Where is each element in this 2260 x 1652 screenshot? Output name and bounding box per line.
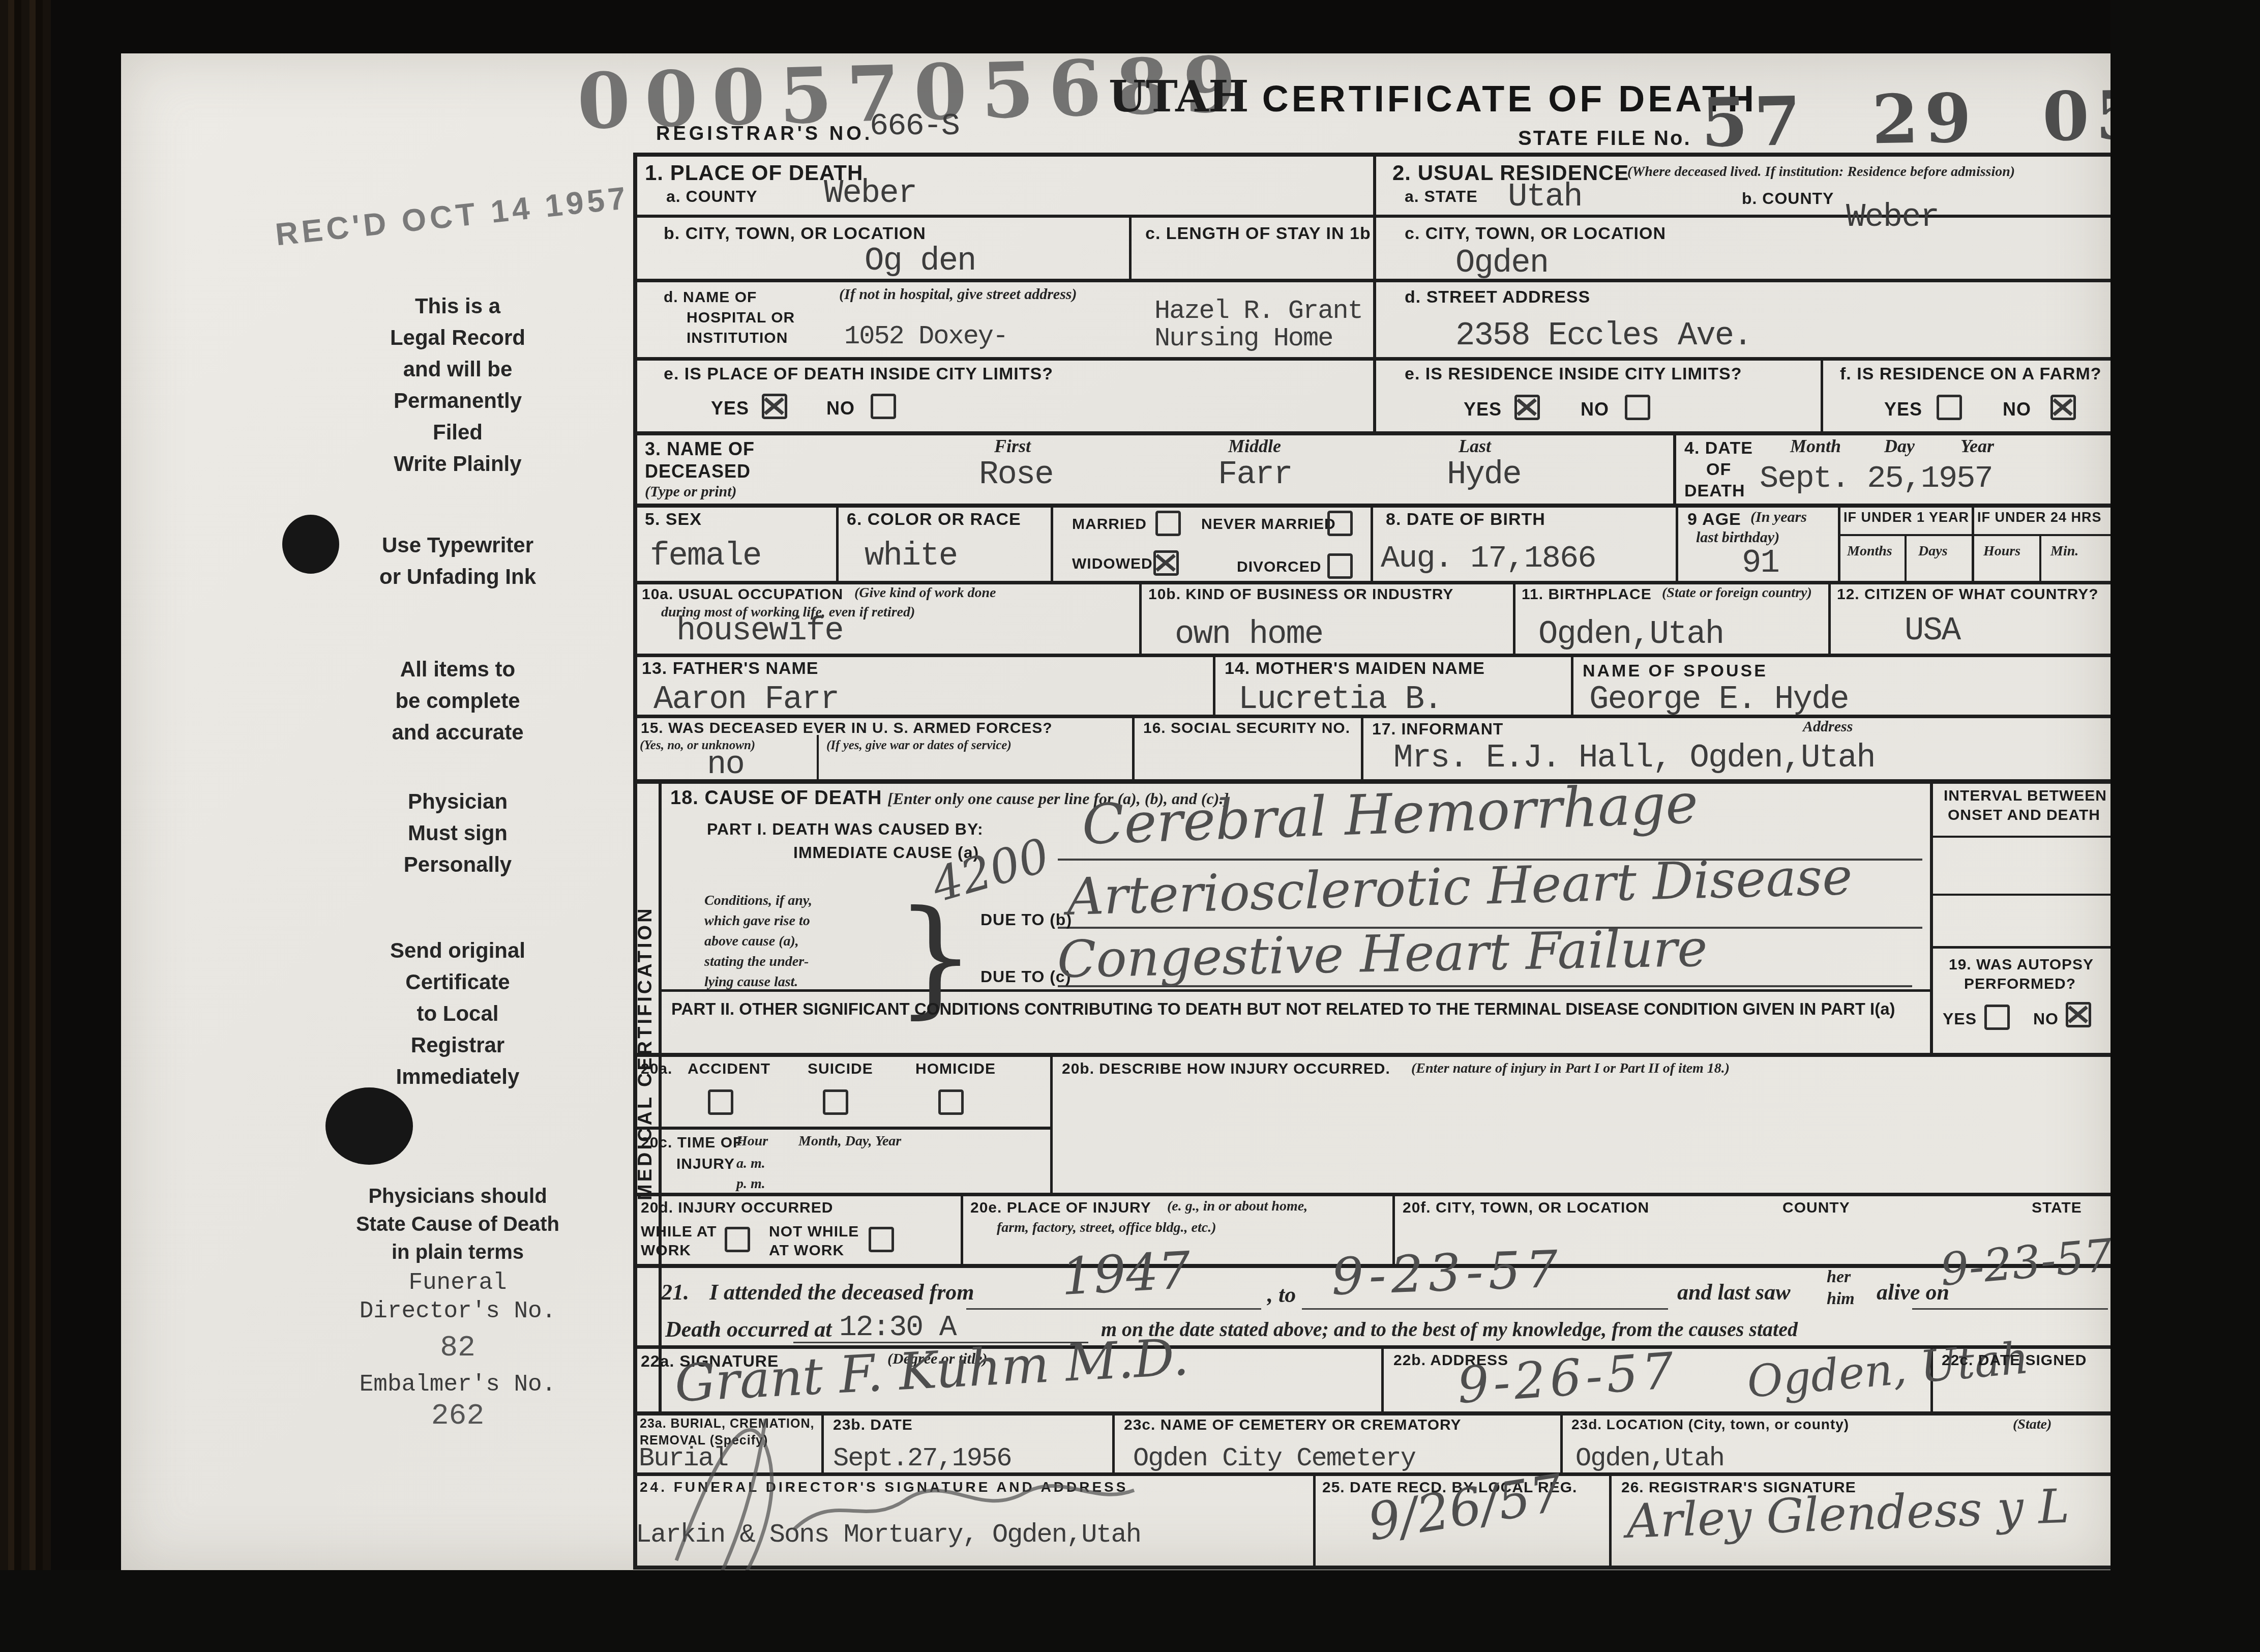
signature-flourish (0, 0, 2260, 1652)
scan-border (0, 1570, 2260, 1652)
death-certificate-scan: 0005705689 UTAH CERTIFICATE OF DEATH REG… (0, 0, 2260, 1652)
scan-border (2110, 0, 2260, 1652)
